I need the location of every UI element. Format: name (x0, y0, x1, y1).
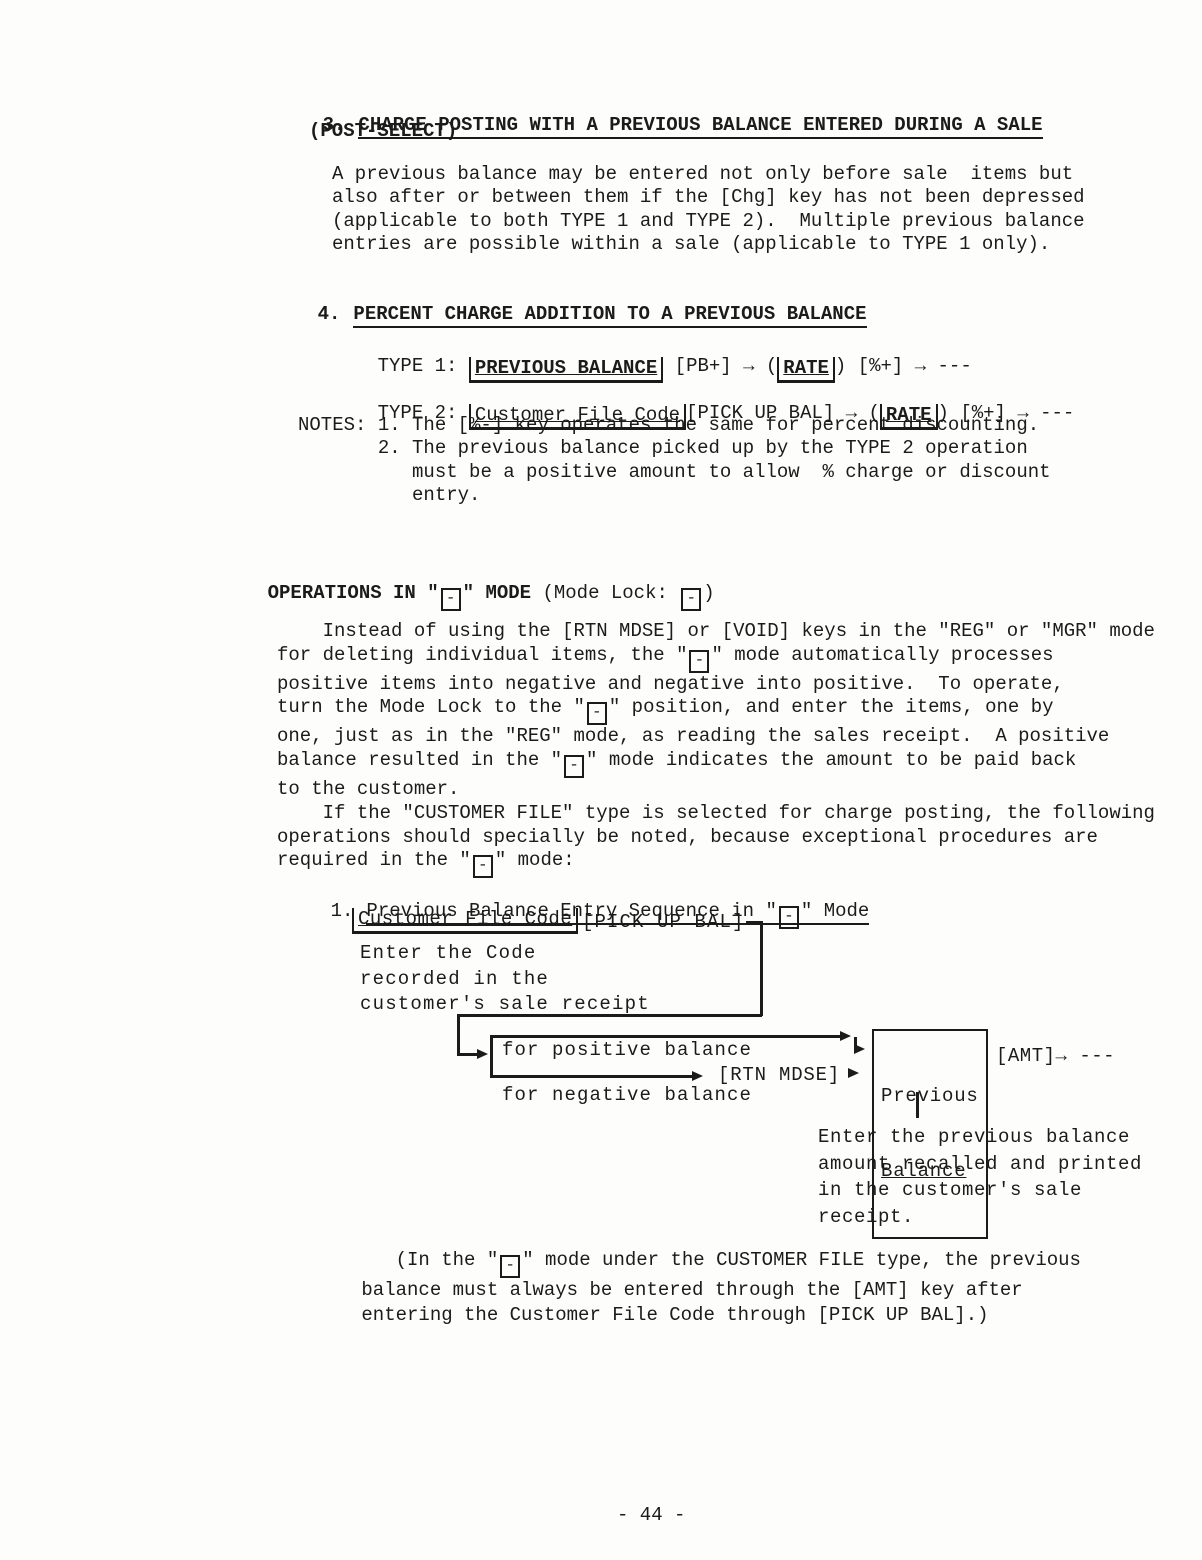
minus-mode-key-icon: - (564, 755, 584, 778)
paragraph-text: (In the " (396, 1249, 499, 1271)
positive-balance-label: for positive balance (502, 1039, 752, 1061)
connector-line (457, 1014, 460, 1055)
callout-line (916, 1092, 919, 1118)
code-caption: Enter the Code recorded in the customer'… (360, 941, 650, 1018)
footnote-paragraph: (In the "-" mode under the CUSTOMER FILE… (350, 1223, 1081, 1353)
subsection-1-number: 1. (331, 900, 354, 922)
branch-line (490, 1035, 493, 1077)
amt-key-label: [AMT]→ --- (996, 1045, 1115, 1067)
arrow-right-icon (848, 1068, 859, 1078)
minus-mode-key-icon: - (500, 1255, 520, 1278)
customer-file-code-keybox: Customer File Code (352, 908, 578, 934)
negative-branch-line (490, 1075, 694, 1078)
previous-balance-line-1: Previous (881, 1084, 979, 1109)
notes-block: NOTES: 1. The [%-] key operates the same… (298, 414, 1051, 507)
arrow-right-icon (854, 1044, 865, 1054)
paragraph-text: If the "CUSTOMER FILE" type is selected … (277, 802, 1155, 871)
arrow-right-icon (477, 1049, 488, 1059)
minus-mode-key-icon: - (587, 702, 607, 725)
connector-line (760, 921, 763, 1016)
positive-branch-line (490, 1035, 842, 1038)
negative-balance-label: for negative balance (502, 1084, 752, 1106)
connector-line (457, 1053, 479, 1056)
connector-line (457, 1014, 762, 1017)
section-3-paragraph: A previous balance may be entered not on… (332, 163, 1085, 256)
minus-mode-key-icon: - (689, 650, 709, 673)
arrow-right-icon (692, 1071, 703, 1081)
rtn-mdse-key-label: [RTN MDSE] (718, 1064, 840, 1086)
subsection-1-title-text: " Mode (801, 900, 869, 922)
page-number: - 44 - (617, 1504, 685, 1526)
balance-caption: Enter the previous balance amount recall… (818, 1124, 1142, 1230)
pick-up-bal-key-label: [PICK UP BAL] (582, 911, 745, 933)
section-3-subtitle: (POST-SELECT) (309, 120, 457, 142)
document-page: 3.CHARGE POSTING WITH A PREVIOUS BALANCE… (0, 0, 1202, 1560)
arrow-right-icon (840, 1031, 851, 1041)
minus-mode-key-icon: - (779, 906, 799, 929)
section-3-title: CHARGE POSTING WITH A PREVIOUS BALANCE E… (358, 114, 1042, 139)
